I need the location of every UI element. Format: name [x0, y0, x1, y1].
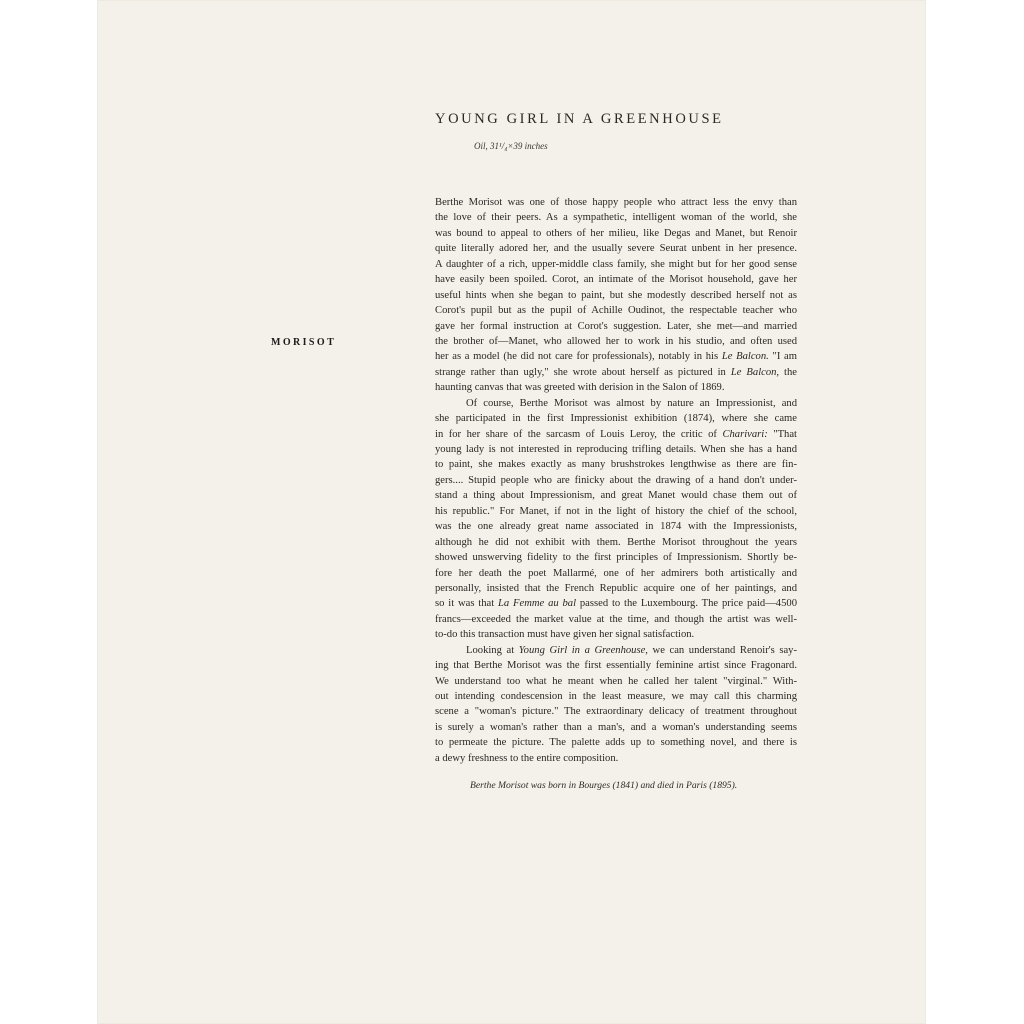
italic-title: Young Girl in a Greenhouse, — [519, 645, 648, 656]
text-line: his republic." For Manet, if not in the … — [435, 504, 797, 519]
text-line: quite literally adored her, and the usua… — [435, 241, 797, 256]
text-line: a dewy freshness to the entire compositi… — [435, 751, 797, 766]
text-line: have easily been spoiled. Corot, an inti… — [435, 272, 797, 287]
text-line: to permeate the picture. The palette add… — [435, 735, 797, 750]
document-page: YOUNG GIRL IN A GREENHOUSE Oil, 31¹/₄×39… — [97, 0, 926, 1024]
text-line: to paint, she makes exactly as many brus… — [435, 457, 797, 472]
page-title: YOUNG GIRL IN A GREENHOUSE — [435, 111, 724, 128]
text-line: young lady is not interested in reproduc… — [435, 442, 797, 457]
text-line: showed unswerving fidelity to the first … — [435, 550, 797, 565]
text-line: is surely a woman's rather than a man's,… — [435, 720, 797, 735]
text-line: We understand too what he meant when he … — [435, 674, 797, 689]
text-line: ing that Berthe Morisot was the first es… — [435, 658, 797, 673]
italic-title: Le Balcon. — [722, 351, 769, 362]
italic-title: Charivari: — [722, 429, 767, 440]
text-line: although he did not exhibit with them. B… — [435, 535, 797, 550]
paragraph: Of course, Berthe Morisot was almost by … — [435, 396, 797, 643]
text-line: gers.... Stupid people who are finicky a… — [435, 473, 797, 488]
italic-title: Le Balcon, — [731, 367, 779, 378]
text-line: scene a "woman's picture." The extraordi… — [435, 704, 797, 719]
text-line: she participated in the first Impression… — [435, 411, 797, 426]
text-line: A daughter of a rich, upper-middle class… — [435, 257, 797, 272]
text-line: out intending condescension in the least… — [435, 689, 797, 704]
text-line: was the one already great name associate… — [435, 519, 797, 534]
text-line: fore her death the poet Mallarmé, one of… — [435, 566, 797, 581]
text-line: in for her share of the sarcasm of Louis… — [435, 427, 797, 442]
text-line: Looking at Young Girl in a Greenhouse, w… — [435, 643, 797, 658]
text-line: personally, insisted that the French Rep… — [435, 581, 797, 596]
text-line: her as a model (he did not care for prof… — [435, 349, 797, 364]
text-line: to-do this transaction must have given h… — [435, 627, 797, 642]
text-line: Of course, Berthe Morisot was almost by … — [435, 396, 797, 411]
text-line: useful hints when she began to paint, bu… — [435, 288, 797, 303]
text-line: was bound to appeal to others of her mil… — [435, 226, 797, 241]
artist-biography-note: Berthe Morisot was born in Bourges (1841… — [470, 780, 737, 791]
text-line: Berthe Morisot was one of those happy pe… — [435, 195, 797, 210]
paragraph: Looking at Young Girl in a Greenhouse, w… — [435, 643, 797, 767]
text-line: the love of their peers. As a sympatheti… — [435, 210, 797, 225]
text-line: haunting canvas that was greeted with de… — [435, 380, 797, 395]
text-line: stand a thing about Impressionism, and g… — [435, 488, 797, 503]
text-line: so it was that La Femme au bal passed to… — [435, 596, 797, 611]
artist-side-label: MORISOT — [271, 337, 336, 348]
text-line: strange rather than ugly," she wrote abo… — [435, 365, 797, 380]
paragraph: Berthe Morisot was one of those happy pe… — [435, 195, 797, 396]
text-line: Corot's pupil but as the pupil of Achill… — [435, 303, 797, 318]
text-line: gave her formal instruction at Corot's s… — [435, 319, 797, 334]
italic-title: La Femme au bal — [498, 598, 576, 609]
text-line: francs—exceeded the market value at the … — [435, 612, 797, 627]
artwork-medium-dimensions: Oil, 31¹/₄×39 inches — [474, 141, 548, 151]
text-line: the brother of—Manet, who allowed her to… — [435, 334, 797, 349]
body-text: Berthe Morisot was one of those happy pe… — [435, 195, 797, 766]
